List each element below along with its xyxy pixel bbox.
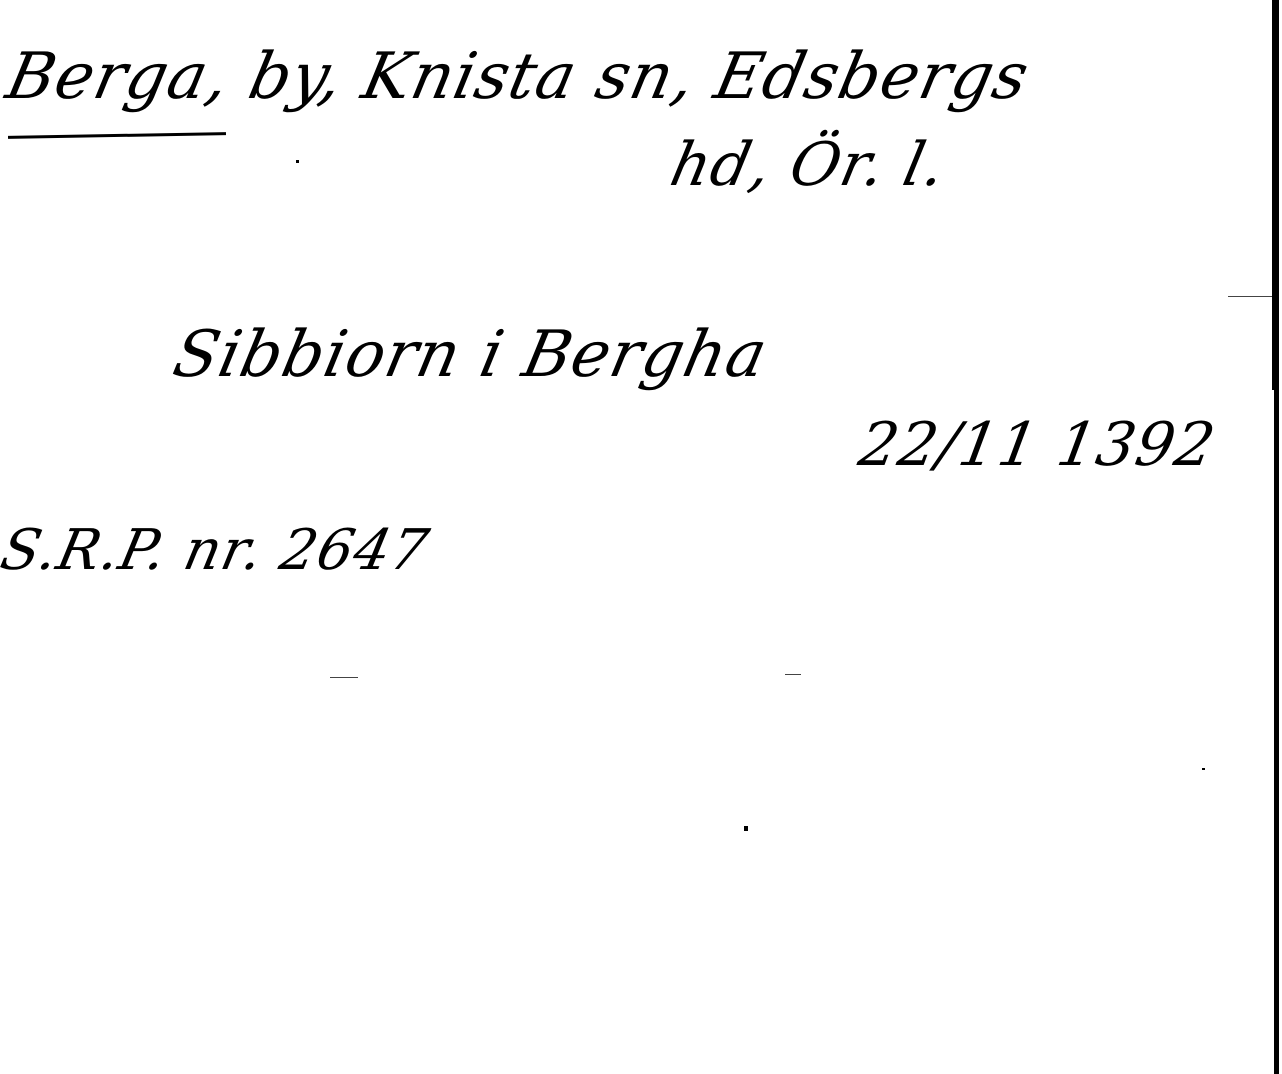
ink-speck <box>1202 768 1205 770</box>
scan-artifact <box>785 674 801 675</box>
citation-text: Sibbiorn i Bergha <box>167 318 774 392</box>
scan-artifact <box>330 677 358 678</box>
card-edge <box>1274 0 1279 1074</box>
card-heading-place: Berga, by, Knista sn, Edsbergs <box>0 40 1035 114</box>
source-reference: S.R.P. nr. 2647 <box>0 518 435 583</box>
scan-artifact <box>1228 296 1272 297</box>
index-card: Berga, by, Knista sn, Edsbergs hd, Ör. l… <box>0 0 1282 1074</box>
card-heading-district: hd, Ör. l. <box>665 130 953 200</box>
ink-speck <box>744 826 748 831</box>
heading-underline <box>8 132 226 139</box>
ink-speck <box>296 160 299 163</box>
citation-date: 22/11 1392 <box>854 410 1221 480</box>
